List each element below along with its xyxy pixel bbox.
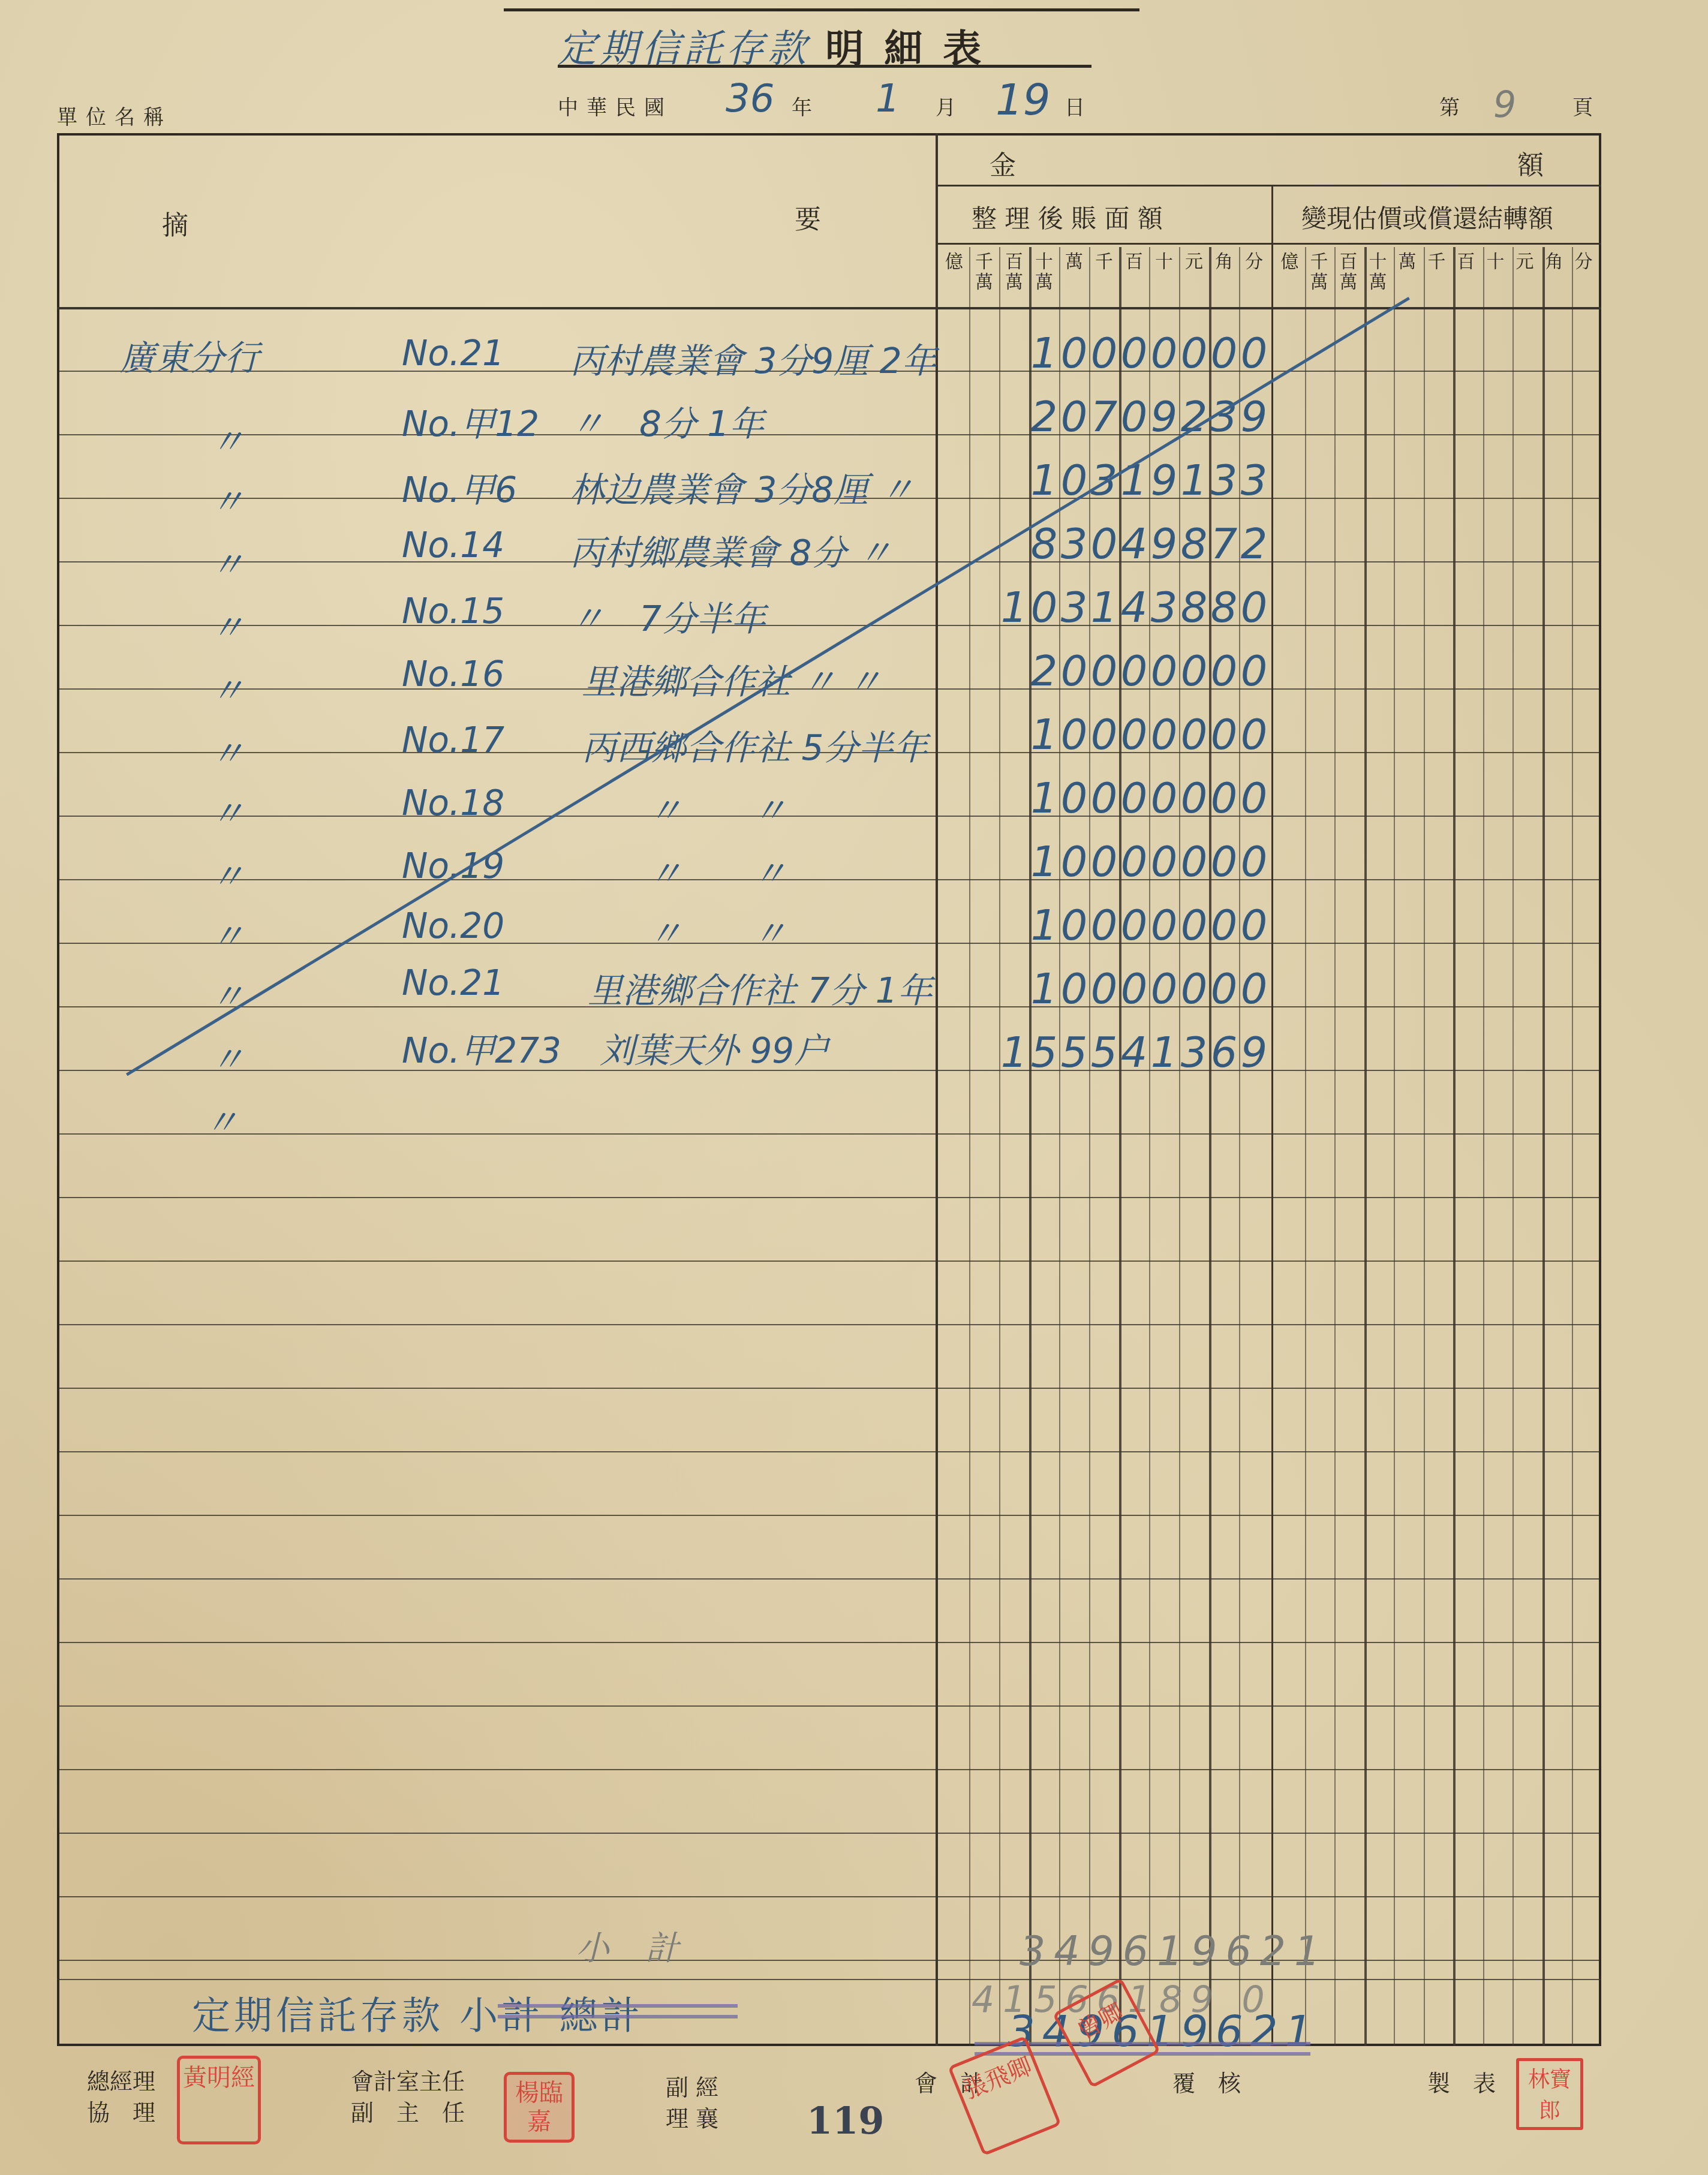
amount-digit: 1 xyxy=(1030,901,1058,950)
amount-digit: 8 xyxy=(1180,583,1208,632)
amount-digit: 0 xyxy=(1240,583,1268,632)
row-line xyxy=(59,1705,1599,1707)
amount-digit: 0 xyxy=(1090,774,1118,823)
amount-digit: 0 xyxy=(1150,901,1178,950)
digit-label: 十 xyxy=(1149,252,1179,272)
row-line xyxy=(59,1451,1599,1452)
row-branch: 廣東分行 xyxy=(120,330,259,380)
row-line xyxy=(59,1578,1599,1580)
amount-digit: 0 xyxy=(1120,646,1148,696)
row-branch: 〃 xyxy=(210,537,245,587)
amount-digit: 0 xyxy=(1180,774,1208,823)
amount-digit: 0 xyxy=(1180,329,1208,378)
row-no: No.17 xyxy=(402,720,504,760)
amount-digit: 0 xyxy=(1150,329,1178,378)
amount-digit: 8 xyxy=(1210,583,1238,632)
digit-column-line xyxy=(1149,247,1150,2046)
amount-digit: 0 xyxy=(1060,392,1088,441)
digit-column-line xyxy=(1542,247,1545,2046)
row-branch: 〃 xyxy=(210,1031,245,1082)
summary-amount-divider xyxy=(936,133,938,2046)
digit-label: 分 xyxy=(1239,252,1269,272)
amount-digit: 9 xyxy=(1240,1028,1268,1077)
amount-digit: 0 xyxy=(1060,964,1088,1013)
digit-label: 百 xyxy=(1119,252,1149,272)
amount-digit: 0 xyxy=(1060,646,1088,696)
amount-digit: 0 xyxy=(1240,901,1268,950)
amount-digit: 3 xyxy=(1150,583,1178,632)
amount-digit: 0 xyxy=(1090,329,1118,378)
amount-digit: 0 xyxy=(1210,646,1238,696)
amount-digit: 4 xyxy=(1120,1028,1148,1077)
unit-name-label: 單位名稱 xyxy=(57,101,172,130)
row-line xyxy=(59,943,1599,944)
digit-column-line xyxy=(1334,247,1336,2046)
amount-digit: 0 xyxy=(1120,710,1148,759)
digit-label: 萬 xyxy=(1304,272,1334,293)
digit-label: 億 xyxy=(1275,252,1304,272)
title-underline xyxy=(558,65,1091,68)
digit-column-line xyxy=(1305,247,1306,2046)
row-line xyxy=(59,434,1599,435)
row-desc: 刘葉天外 99户 xyxy=(600,1022,829,1073)
seal-stamp: 黃明經 xyxy=(177,2056,261,2144)
digit-label: 十 xyxy=(1481,252,1510,272)
row-desc: 里港鄉合作社 7分 1年 xyxy=(588,962,933,1013)
page-number: 9 xyxy=(1493,84,1516,126)
amount-digit: 1 xyxy=(1030,837,1058,886)
amount-digit: 0 xyxy=(1060,456,1088,505)
digit-column-line xyxy=(1483,247,1484,2046)
digit-column-line xyxy=(1424,247,1425,2046)
amount-digit: 5 xyxy=(1060,1028,1088,1077)
amount-digit: 4 xyxy=(1120,519,1148,568)
amount-digit: 0 xyxy=(1120,964,1148,1013)
row-desc: 里港鄉合作社 〃 〃 xyxy=(582,654,882,704)
digit-label: 萬 xyxy=(969,272,999,293)
row-desc: 〃 8分 1年 xyxy=(570,396,764,446)
amount-digit: 0 xyxy=(1090,964,1118,1013)
row-no: No.21 xyxy=(402,333,504,374)
row-no: No.14 xyxy=(402,525,504,565)
row-line xyxy=(59,1070,1599,1071)
row-desc: 〃 〃 xyxy=(648,846,787,896)
seal-stamp: 林寶郎 xyxy=(1516,2058,1583,2130)
amount-digit: 0 xyxy=(1150,710,1178,759)
digit-column-line xyxy=(1572,247,1573,2046)
subtotal-pencil-label: 小計 xyxy=(576,1922,715,1970)
amount-digit: 0 xyxy=(1210,964,1238,1013)
amount-digit: 0 xyxy=(1240,774,1268,823)
row-line xyxy=(59,1833,1599,1834)
digit-header-group2: 億 千萬 百萬 十萬 萬 千 百 十 元 角 分 xyxy=(1275,247,1601,305)
row-line xyxy=(59,1197,1599,1198)
amount-digit: 2 xyxy=(1030,392,1058,441)
amount-digit: 0 xyxy=(1120,837,1148,886)
review-label: 覆 核 xyxy=(1172,2068,1241,2099)
amount-digit: 0 xyxy=(1180,646,1208,696)
amount-digit: 0 xyxy=(1120,329,1148,378)
row-branch: 〃 xyxy=(210,414,245,464)
amount-digit: 0 xyxy=(1240,329,1268,378)
row-line xyxy=(59,1261,1599,1262)
date-year-label: 年 xyxy=(792,91,820,121)
date-era-label: 中華民國 xyxy=(558,91,673,121)
digit-column-line xyxy=(999,247,1000,2046)
amount-digit: 1 xyxy=(1030,456,1058,505)
digit-column-line xyxy=(1239,247,1240,2046)
digit-label: 萬 xyxy=(1059,252,1089,272)
row-desc: 〃 〃 xyxy=(648,906,787,956)
amount-digit: 1 xyxy=(1090,583,1118,632)
digit-label: 角 xyxy=(1209,252,1239,272)
row-branch: 〃 xyxy=(210,786,245,836)
group-header-divider xyxy=(936,243,1601,245)
row-no: No.15 xyxy=(402,591,504,631)
header-group-book-value: 整 理 後 賬 面 額 xyxy=(972,199,1163,235)
amount-digit: 0 xyxy=(1060,710,1088,759)
amount-digit: 0 xyxy=(1090,519,1118,568)
row-line xyxy=(59,1642,1599,1643)
row-line xyxy=(59,625,1599,626)
row-branch: 〃 xyxy=(210,600,245,650)
header-amount-right: 額 xyxy=(1517,144,1544,182)
digit-column-line xyxy=(1512,247,1514,2046)
amount-digit: 0 xyxy=(1090,901,1118,950)
amount-digit: 5 xyxy=(1030,1028,1058,1077)
amount-digit: 1 xyxy=(1000,1028,1028,1077)
row-line xyxy=(59,1896,1599,1897)
serial-number: 119 xyxy=(807,2099,884,2143)
amount-digit: 2 xyxy=(1240,519,1268,568)
amount-digit: 1 xyxy=(1000,583,1028,632)
digit-column-line xyxy=(1364,247,1367,2046)
amount-digit: 0 xyxy=(1240,646,1268,696)
amount-digit: 0 xyxy=(1030,583,1058,632)
amount-digit: 1 xyxy=(1180,456,1208,505)
header-summary-left: 摘 xyxy=(162,204,188,242)
amount-digit: 0 xyxy=(1120,392,1148,441)
row-no: No.甲6 xyxy=(402,462,517,512)
row-no: No.19 xyxy=(402,846,504,886)
amount-digit: 4 xyxy=(1120,583,1148,632)
seal-stamp: 楊臨嘉 xyxy=(504,2072,575,2143)
amount-digit: 1 xyxy=(1030,964,1058,1013)
digit-label: 千 xyxy=(1089,252,1119,272)
row-line xyxy=(59,1769,1599,1770)
row-no: No.18 xyxy=(402,783,504,823)
page-prefix: 第 xyxy=(1439,91,1468,121)
amount-digit: 0 xyxy=(1120,901,1148,950)
row-no: No.甲273 xyxy=(402,1022,561,1073)
row-desc: 丙西鄉合作社 5分半年 xyxy=(582,720,928,770)
amount-digit: 0 xyxy=(1150,774,1178,823)
row-desc: 林边農業會 3分8厘 〃 xyxy=(570,462,915,512)
amount-digit: 5 xyxy=(1090,1028,1118,1077)
digit-header-group1: 億 千萬 百萬 十萬 萬 千 百 十 元 角 分 xyxy=(939,247,1270,305)
amount-digit: 0 xyxy=(1210,710,1238,759)
row-branch: 〃 xyxy=(210,849,245,899)
row-line xyxy=(59,1388,1599,1389)
header-group-realized-value: 變現估價或償還結轉額 xyxy=(1301,199,1553,235)
amount-digit: 0 xyxy=(1210,837,1238,886)
row-no: No.21 xyxy=(402,962,504,1003)
row-branch: 〃 xyxy=(210,474,245,524)
date-month: 1 xyxy=(876,77,900,121)
amount-digit: 9 xyxy=(1150,392,1178,441)
date-year: 36 xyxy=(726,77,774,121)
amount-digit: 0 xyxy=(1210,901,1238,950)
row-line xyxy=(59,1133,1599,1135)
strike-line xyxy=(498,2004,738,2008)
amount-digit: 3 xyxy=(1210,456,1238,505)
amount-digit: 0 xyxy=(1240,837,1268,886)
amount-digit: 3 xyxy=(1240,456,1268,505)
row-no: No.甲12 xyxy=(402,396,539,446)
row-branch: 〃 xyxy=(210,726,245,776)
amount-digit: 0 xyxy=(1180,710,1208,759)
amount-digit: 0 xyxy=(1060,774,1088,823)
amount-digit: 2 xyxy=(1030,646,1058,696)
amount-digit: 0 xyxy=(1150,837,1178,886)
digit-label: 萬 xyxy=(1334,272,1363,293)
amount-digit: 0 xyxy=(1240,964,1268,1013)
row-no: No.16 xyxy=(402,654,504,694)
amount-digit: 0 xyxy=(1150,964,1178,1013)
row-line xyxy=(59,1515,1599,1516)
amount-digit: 0 xyxy=(1180,837,1208,886)
digit-label: 萬 xyxy=(1029,272,1059,293)
row-line xyxy=(59,879,1599,880)
row-line xyxy=(59,816,1599,817)
amount-digit: 0 xyxy=(1240,710,1268,759)
amount-digit: 8 xyxy=(1180,519,1208,568)
amount-digit: 1 xyxy=(1150,1028,1178,1077)
subtotal-pencil-amount: 349619621 xyxy=(1020,1928,1328,1975)
digit-label: 分 xyxy=(1569,252,1598,272)
amount-digit: 7 xyxy=(1210,519,1238,568)
amount-digit: 0 xyxy=(1090,710,1118,759)
digit-column-line xyxy=(1209,247,1211,2046)
group-divider xyxy=(1271,185,1273,2046)
row-line xyxy=(59,1960,1599,1961)
amount-digit: 7 xyxy=(1090,392,1118,441)
row-desc: 丙村農業會 3分9厘 2年 xyxy=(570,333,937,383)
amount-digit: 9 xyxy=(1150,456,1178,505)
accounting-head-label: 會計室主任 副 主 任 xyxy=(351,2066,465,2128)
digit-column-line xyxy=(1394,247,1395,2046)
amount-digit: 3 xyxy=(1060,583,1088,632)
page-suffix: 頁 xyxy=(1572,91,1601,121)
amount-digit: 0 xyxy=(1060,901,1088,950)
amount-digit: 0 xyxy=(1180,964,1208,1013)
date-day: 19 xyxy=(996,74,1051,125)
amount-header-divider xyxy=(936,185,1601,186)
amount-digit: 0 xyxy=(1180,901,1208,950)
digit-column-line xyxy=(1179,247,1180,2046)
amount-digit: 0 xyxy=(1060,329,1088,378)
row-no: No.20 xyxy=(402,906,504,946)
amount-digit: 0 xyxy=(1150,646,1178,696)
digit-column-line xyxy=(1059,247,1060,2046)
total-label: 定期信託存款 小計 總計 xyxy=(192,1985,643,2040)
ledger-table xyxy=(57,133,1601,2046)
amount-digit: 0 xyxy=(1210,329,1238,378)
digit-column-line xyxy=(969,247,970,2046)
row-branch: 〃 xyxy=(204,1094,239,1145)
row-desc: 〃 〃 xyxy=(648,783,787,833)
amount-digit: 0 xyxy=(1090,837,1118,886)
digit-label: 萬 xyxy=(1393,252,1422,272)
row-branch: 〃 xyxy=(210,663,245,713)
header-summary-right: 要 xyxy=(795,198,821,236)
digit-label: 元 xyxy=(1510,252,1539,272)
amount-digit: 0 xyxy=(1210,774,1238,823)
gm-label: 總經理 協 理 xyxy=(87,2066,155,2128)
amount-digit: 6 xyxy=(1210,1028,1238,1077)
date-month-label: 月 xyxy=(936,91,964,121)
amount-digit: 1 xyxy=(1030,329,1058,378)
digit-column-line xyxy=(1119,247,1121,2046)
digit-label: 百 xyxy=(1451,252,1481,272)
amount-digit: 1 xyxy=(1030,710,1058,759)
amount-digit: 0 xyxy=(1120,774,1148,823)
top-cut-header xyxy=(504,0,1139,11)
amount-digit: 3 xyxy=(1180,1028,1208,1077)
amount-digit: 1 xyxy=(1030,774,1058,823)
prepared-by-label: 製 表 xyxy=(1427,2068,1496,2099)
row-line xyxy=(59,1324,1599,1325)
digit-label: 千 xyxy=(1422,252,1451,272)
amount-digit: 0 xyxy=(1090,646,1118,696)
digit-label: 億 xyxy=(939,252,969,272)
amount-digit: 0 xyxy=(1060,837,1088,886)
digit-column-line xyxy=(1453,247,1456,2046)
row-branch: 〃 xyxy=(210,908,245,959)
digit-label: 萬 xyxy=(999,272,1029,293)
vice-manager-label: 副 經 理 襄 xyxy=(666,2072,718,2134)
digit-label: 元 xyxy=(1179,252,1209,272)
digit-label: 萬 xyxy=(1363,272,1393,293)
row-desc: 〃 7分半年 xyxy=(570,591,766,641)
header-bottom-border xyxy=(57,307,1601,309)
amount-digit: 9 xyxy=(1150,519,1178,568)
amount-digit: 3 xyxy=(1060,519,1088,568)
strike-line xyxy=(498,2015,738,2018)
digit-column-line xyxy=(1089,247,1090,2046)
row-desc: 丙村鄉農業會 8分 〃 xyxy=(570,525,892,575)
header-amount-left: 金 xyxy=(990,144,1016,182)
date-day-label: 日 xyxy=(1065,91,1093,121)
digit-column-line xyxy=(1029,247,1032,2046)
